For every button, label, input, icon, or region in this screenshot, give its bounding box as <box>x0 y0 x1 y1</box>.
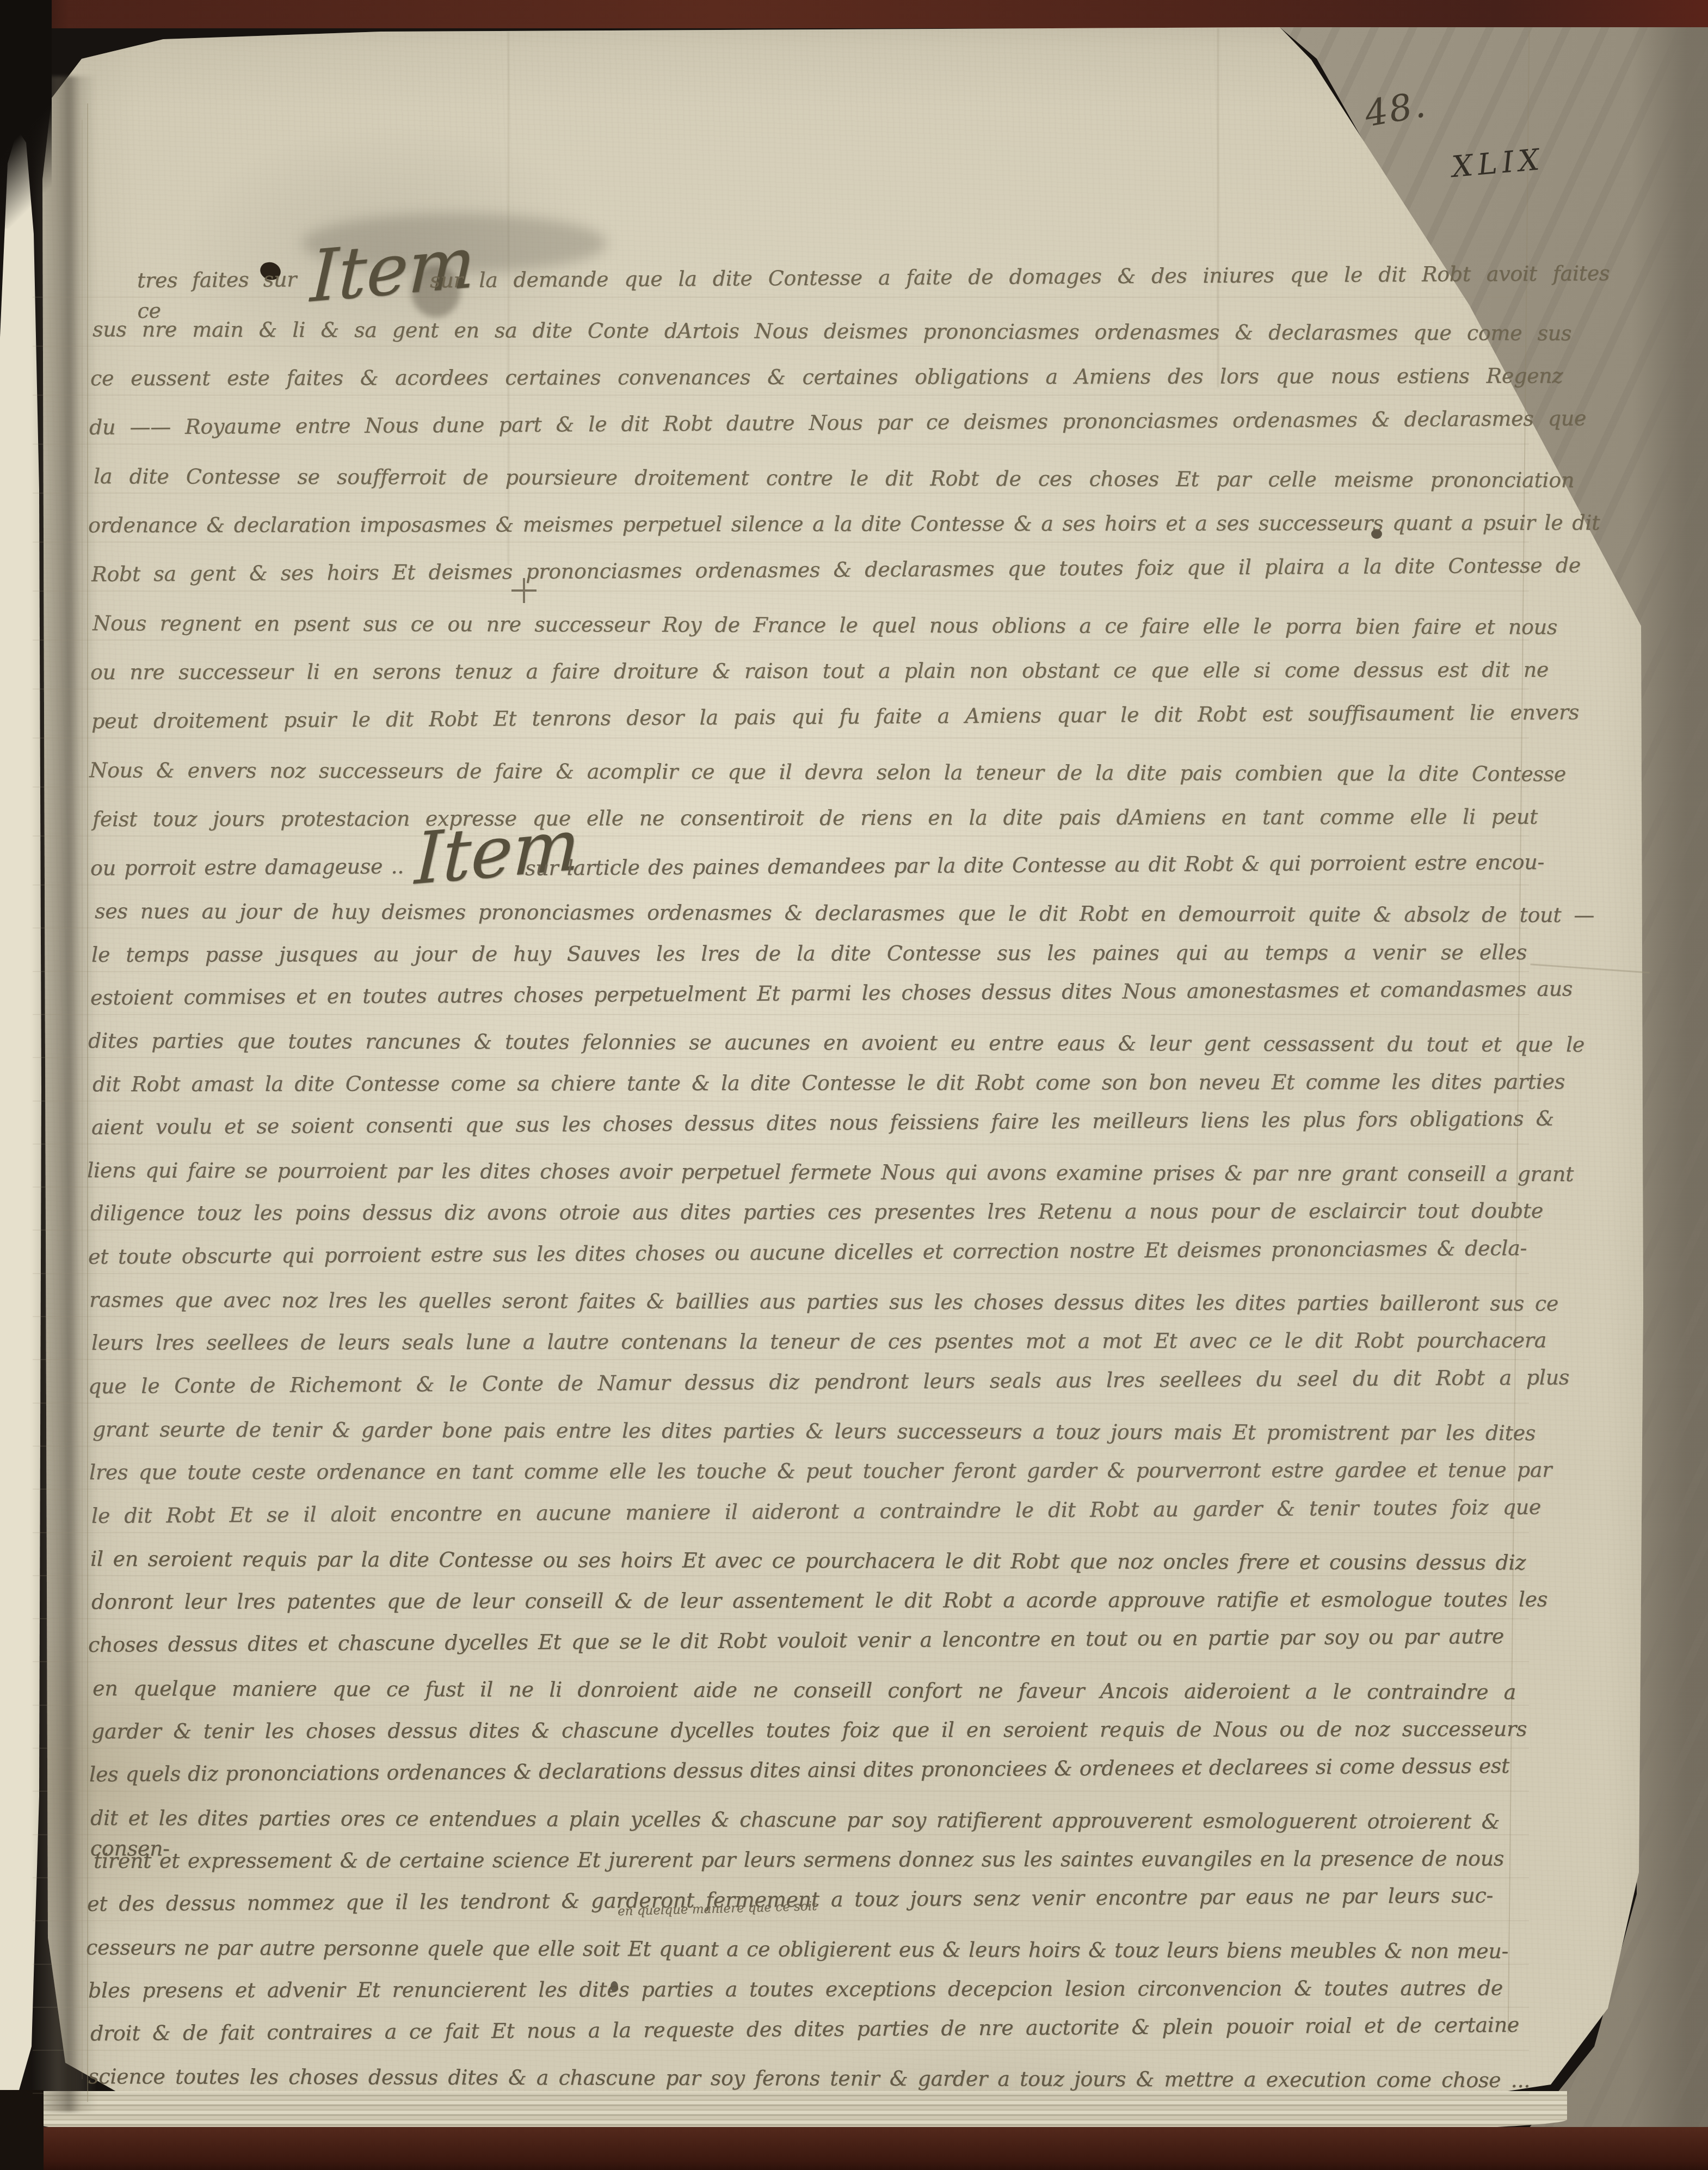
ruling-line-horizontal <box>33 1748 1529 1749</box>
ruling-line-horizontal <box>33 971 1529 972</box>
manuscript-line: donront leur lres patentes que de leur c… <box>91 1584 1547 1617</box>
manuscript-line: dites parties que toutes rancunes & tout… <box>88 1025 1584 1060</box>
manuscript-line: ordenance & declaration imposasmes & mei… <box>88 507 1600 540</box>
manuscript-line: ses nues au jour de huy deismes prononci… <box>95 896 1594 930</box>
ruling-line-horizontal <box>33 395 1529 396</box>
manuscript-line: le temps passe jusques au jour de huy Sa… <box>91 937 1527 970</box>
ruling-line-horizontal <box>33 1273 1529 1274</box>
manuscript-line: tirent et expressement & de certaine sci… <box>94 1843 1504 1876</box>
dark-corner-bottom-left <box>0 2090 44 2170</box>
ruling-line-horizontal <box>33 1101 1529 1102</box>
manuscript-line-post: sur larticle des paines demandees par la… <box>525 847 1544 883</box>
left-margin-rule-2 <box>82 120 83 2079</box>
ruling-line-horizontal <box>33 444 1529 445</box>
ruling-line-horizontal <box>33 2050 1529 2051</box>
ruling-line-horizontal <box>33 297 1529 298</box>
manuscript-line: grant seurte de tenir & garder bone pais… <box>93 1414 1536 1448</box>
dark-corner-top-left <box>0 0 52 229</box>
ruling-line-horizontal <box>33 1920 1529 1921</box>
ruling-line-horizontal <box>33 1230 1529 1231</box>
ruling-line-horizontal <box>33 1661 1529 1662</box>
ruling-line-horizontal <box>33 1359 1529 1360</box>
ruling-line-horizontal <box>33 689 1529 690</box>
binding-bottom-leather-edge <box>0 2127 1708 2170</box>
manuscript-line: feist touz jours protestacion expresse q… <box>93 801 1538 834</box>
ruling-line-horizontal <box>33 1489 1529 1490</box>
ruling-line-horizontal <box>33 1014 1529 1015</box>
manuscript-line: dit et les dites parties ores ce entendu… <box>90 1803 1500 1837</box>
manuscript-line: bles presens et advenir Et renuncierent … <box>88 1972 1503 2006</box>
ruling-line-horizontal <box>33 542 1529 543</box>
manuscript-line: dit Robt amast la dite Contesse come sa … <box>93 1066 1565 1099</box>
manuscript-line: en quelque maniere que ce fust il ne li … <box>93 1673 1516 1707</box>
manuscript-scan: 48. XLIX tres faites sur ceItemsur la de… <box>0 0 1708 2170</box>
ruling-line-horizontal <box>33 1532 1529 1533</box>
manuscript-line: ce eussent este faites & acordees certai… <box>90 360 1563 394</box>
manuscript-line: Nous regnent en psent sus ce ou nre succ… <box>93 608 1557 642</box>
ruling-line-horizontal <box>33 1618 1529 1619</box>
manuscript-line: ou nre successeur li en serons tenuz a f… <box>90 654 1549 687</box>
ruling-line-horizontal <box>33 1403 1529 1404</box>
manuscript-line: diligence touz les poins dessus diz avon… <box>90 1195 1543 1228</box>
manuscript-line: leurs lres seellees de leurs seals lune … <box>91 1325 1546 1358</box>
manuscript-line: il en seroient requis par la dite Contes… <box>90 1544 1526 1578</box>
manuscript-line: science toutes les choses dessus dites &… <box>88 2061 1530 2095</box>
ruling-line-horizontal <box>33 1877 1529 1878</box>
ruling-line-horizontal <box>33 591 1529 592</box>
manuscript-line: sus nre main & li & sa gent en sa dite C… <box>93 314 1571 348</box>
manuscript-line-pre: tres faites sur ce <box>137 264 297 296</box>
manuscript-line: Nous & envers noz successeurs de faire &… <box>89 755 1566 789</box>
ruling-line-horizontal <box>33 884 1529 886</box>
manuscript-line: garder & tenir les choses dessus dites &… <box>91 1713 1527 1747</box>
manuscript-line: rasmes que avec noz lres les quelles ser… <box>89 1284 1558 1319</box>
manuscript-line: la dite Contesse se soufferroit de pours… <box>94 461 1574 495</box>
manuscript-line: lres que toute ceste ordenance en tant c… <box>89 1454 1552 1487</box>
manuscript-line: liens qui faire se pourroient par les di… <box>87 1155 1574 1189</box>
ruling-line-horizontal <box>33 2007 1529 2008</box>
ruling-line-horizontal <box>33 737 1529 739</box>
left-margin-rule <box>87 103 88 2102</box>
binding-top-leather-edge <box>0 0 1708 28</box>
manuscript-line-pre: ou porroit estre damageuse .. <box>90 851 404 883</box>
ruling-line-horizontal <box>33 835 1529 837</box>
ruling-line-horizontal <box>33 1144 1529 1145</box>
ruling-line-horizontal <box>33 1791 1529 1792</box>
manuscript-line: cesseurs ne par autre personne quele que… <box>86 1932 1508 1966</box>
